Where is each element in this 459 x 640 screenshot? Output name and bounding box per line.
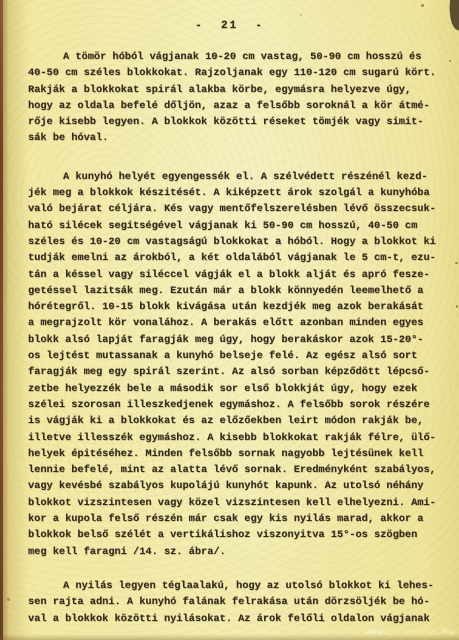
text-line: jék meg a blokkok készitését. A kiképzet… [28, 185, 445, 201]
text-line: ható silécek segitségével vágjanak ki 50… [28, 218, 445, 234]
scan-speck [7, 598, 10, 601]
text-line: blokkok belső szélét a vertikálishoz vis… [28, 527, 445, 543]
text-line: tán a késsel vagy siléccel vágják el a b… [28, 267, 445, 283]
text-line: blokkot vizszintesen vagy közel vizszint… [28, 495, 445, 511]
paragraph: A kunyhó helyét egyengessék el. A szélvé… [28, 169, 445, 560]
paragraph: A nyilás legyen téglaalakú, hogy az utol… [28, 578, 445, 627]
text-line: lennie befelé, mint az alatta lévő sorna… [28, 462, 445, 478]
text-line: is vágják ki a blokkokat és az előzőekbe… [28, 413, 445, 429]
text-line: széles és 10-20 cm vastagságú blokkokat … [28, 234, 445, 250]
scanned-document-page: - 21 - A tömör hóból vágjanak 10-20 cm v… [0, 0, 459, 640]
scan-speck [421, 4, 424, 7]
page-number: - 21 - [0, 20, 459, 32]
scan-edge-bottom [0, 634, 459, 640]
scan-edge-left [0, 0, 3, 640]
scan-speck [456, 305, 458, 308]
text-line: hórétegről. 10-15 blokk kivágása után ke… [28, 299, 445, 315]
text-line: helyek épitéséhez. Minden felsőbb sornak… [28, 446, 445, 462]
scan-speck [455, 262, 458, 264]
text-line: A tömör hóból vágjanak 10-20 cm vastag, … [28, 49, 445, 65]
text-line: val a blokkok közötti nyilásokat. Az áro… [28, 611, 445, 627]
text-line: blokk alsó lapját faragják meg úgy, hogy… [28, 332, 445, 348]
text-line: sák be hóval. [28, 130, 445, 146]
document-body: A tömör hóból vágjanak 10-20 cm vastag, … [28, 49, 445, 627]
text-line: os lejtést mutassanak a kunyhó belseje f… [28, 348, 445, 364]
text-line: getéssel lazitsák meg. Ezután már a blok… [28, 283, 445, 299]
text-line: meg kell faragni /14. sz. ábra/. [28, 544, 445, 560]
text-line: A kunyhó helyét egyengessék el. A szélvé… [28, 169, 445, 185]
text-line: illetve illesszék egymáshoz. A kisebb bl… [28, 430, 445, 446]
text-line: való bejárat céljára. Kés vagy mentőfels… [28, 201, 445, 217]
text-line: szélei szorosan illeszkedjenek egymáshoz… [28, 397, 445, 413]
text-line: A nyilás legyen téglaalakú, hogy az utol… [28, 578, 445, 594]
text-line: Rakják a blokkokat spirál alakba körbe, … [28, 82, 445, 98]
paragraph: A tömör hóból vágjanak 10-20 cm vastag, … [28, 49, 445, 147]
text-line: 40-50 cm széles blokkokat. Rajzoljanak e… [28, 65, 445, 81]
text-line: rője kisebb legyen. A blokkok közötti ré… [28, 114, 445, 130]
scan-speck [300, 14, 302, 16]
text-line: hogy az oldala befelé dőljön, azaz a fel… [28, 98, 445, 114]
text-line: kor a kupola felső részén már csak egy k… [28, 511, 445, 527]
text-line: vagy kevésbé szabályos kupolájú kunyhót … [28, 478, 445, 494]
text-line: a megrajzolt kör vonalához. A berakás el… [28, 315, 445, 331]
text-line: tudják emelni az árokból, a két oldalábó… [28, 250, 445, 266]
text-line: zetbe helyezzék bele a második sor első … [28, 381, 445, 397]
scan-speck [449, 60, 451, 62]
text-line: sen rajta adni. A kunyhó falának felraká… [28, 594, 445, 610]
text-line: faragják meg egy spirál szerint. Az alsó… [28, 364, 445, 380]
